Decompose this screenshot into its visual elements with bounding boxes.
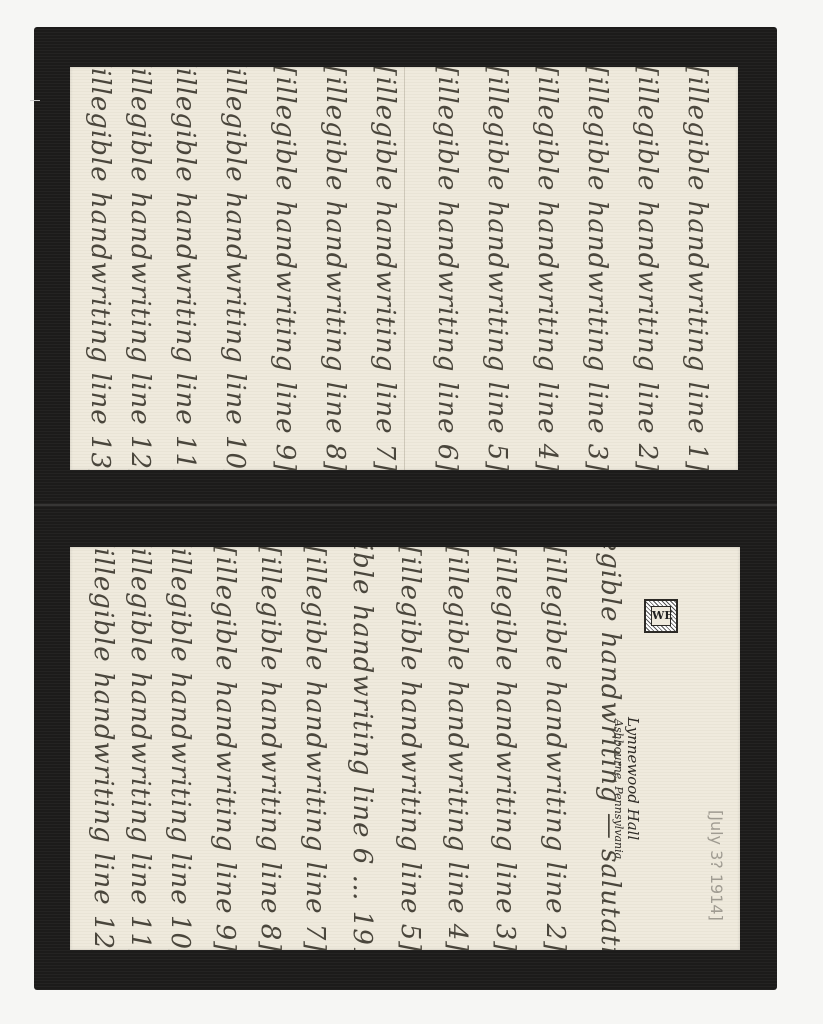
handwriting-text: [illegible handwriting line 9]	[210, 547, 240, 950]
handwriting-text: [illegible handwriting line 2]	[632, 67, 662, 470]
handwriting-text: [illegible handwriting line 5]	[395, 547, 425, 950]
script-line: [illegible handwriting line 8]	[320, 67, 350, 470]
script-line: [illegible handwriting line 9]	[270, 67, 300, 470]
handwriting-text: [illegible handwriting line 10]	[165, 547, 195, 950]
script-line: [illegible handwriting line 11]	[125, 547, 155, 950]
archival-pencil-date: [July 3? 1914]	[707, 810, 726, 921]
script-line: [illegible handwriting line 3]	[582, 67, 612, 470]
script-line: [illegible handwriting line 10]	[165, 547, 195, 950]
handwriting-text: [illegible handwriting line 10]	[220, 67, 250, 470]
script-line: [illegible handwriting line 4]	[532, 67, 562, 470]
monogram-crest-icon: WE	[644, 599, 678, 633]
paper-nick	[30, 100, 40, 107]
handwriting-text: [illegible handwriting line 12]	[125, 67, 155, 470]
script-line: [illegible handwriting line 7]	[370, 67, 400, 470]
script-line: [illegible handwriting line 3]	[490, 547, 520, 950]
handwriting-text: [illegible handwriting line 8]	[320, 67, 350, 470]
script-line: [illegible handwriting — salutation]	[595, 547, 625, 950]
handwriting-text: [illegible handwriting line 1]	[682, 67, 712, 470]
handwriting-text: [illegible handwriting line 11]	[170, 67, 200, 470]
handwriting-text: [illegible handwriting line 2]	[540, 547, 570, 950]
monogram-letters: WE	[651, 606, 671, 626]
script-line: [illegible handwriting line 6 … 1913 …]	[347, 547, 377, 950]
letter-page-bottom: WE Lynnewood Hall Ashbourne, Pennsylvani…	[70, 547, 740, 950]
script-line: [illegible handwriting line 2]	[632, 67, 662, 470]
handwriting-text: [illegible handwriting line 11]	[125, 547, 155, 950]
handwriting-text: [illegible handwriting line 6 … 1913 …]	[347, 547, 377, 950]
script-line: [illegible handwriting line 5]	[395, 547, 425, 950]
script-line: [illegible handwriting line 12]	[125, 67, 155, 470]
script-line: [illegible handwriting line 11]	[170, 67, 200, 470]
script-line: [illegible handwriting line 7]	[300, 547, 330, 950]
handwriting-text: [illegible handwriting line 4]	[532, 67, 562, 470]
script-line: [illegible handwriting line 12]	[88, 547, 118, 950]
handwriting-text: [illegible handwriting — salutation]	[595, 547, 625, 950]
handwriting-text: [illegible handwriting line 9]	[270, 67, 300, 470]
script-line: [illegible handwriting line 5]	[482, 67, 512, 470]
script-line: [illegible handwriting line 8]	[255, 547, 285, 950]
handwriting-text: [illegible handwriting line 5]	[482, 67, 512, 470]
script-line: [illegible handwriting line 4]	[442, 547, 472, 950]
handwriting-text: [illegible handwriting line 3]	[582, 67, 612, 470]
handwriting-text: [illegible handwriting line 4]	[442, 547, 472, 950]
handwriting-text: [illegible handwriting line 7]	[370, 67, 400, 470]
handwriting-text: [illegible handwriting line 13]	[85, 67, 115, 470]
letter-page-top: [illegible handwriting line 1] [illegibl…	[70, 67, 738, 470]
script-line: [illegible handwriting line 2]	[540, 547, 570, 950]
letterhead-name: Lynnewood Hall	[624, 717, 642, 840]
script-line: [illegible handwriting line 6]	[432, 67, 462, 470]
handwriting-text: [illegible handwriting line 12]	[88, 547, 118, 950]
handwriting-text: [illegible handwriting line 8]	[255, 547, 285, 950]
handwriting-text: [illegible handwriting line 7]	[300, 547, 330, 950]
vertical-fold	[404, 67, 405, 470]
handwriting-text: [illegible handwriting line 3]	[490, 547, 520, 950]
script-line: [illegible handwriting line 13]	[85, 67, 115, 470]
horizontal-fold	[34, 504, 777, 506]
script-line: [illegible handwriting line 9]	[210, 547, 240, 950]
handwriting-text: [illegible handwriting line 6]	[432, 67, 462, 470]
script-line: [illegible handwriting line 1]	[682, 67, 712, 470]
script-line: [illegible handwriting line 10]	[220, 67, 250, 470]
